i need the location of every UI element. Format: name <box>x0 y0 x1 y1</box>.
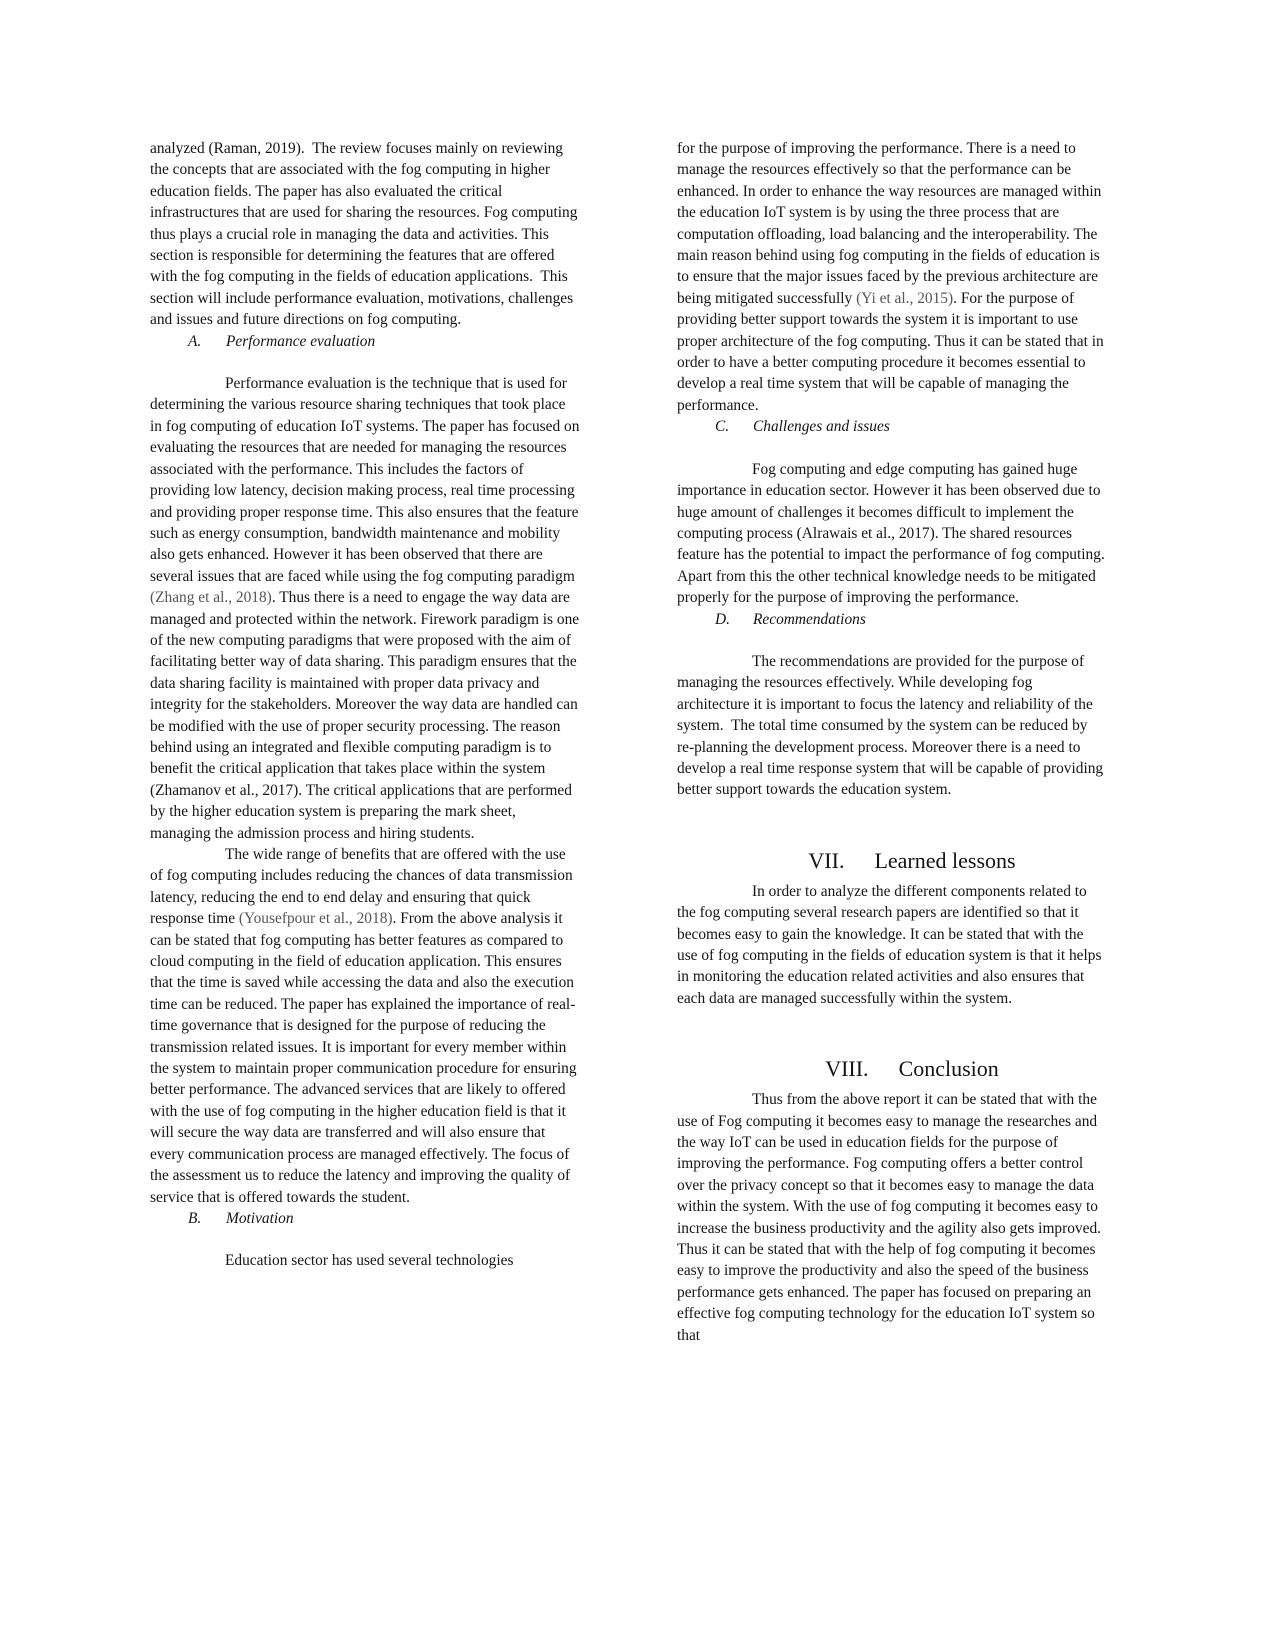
text-run: Performance evaluation is the technique … <box>150 375 579 585</box>
section-number: VIII. <box>825 1056 898 1081</box>
subsection-title: Performance evaluation <box>226 333 375 350</box>
document-page: analyzed (Raman, 2019). The review focus… <box>0 0 1275 1651</box>
body-paragraph: The recommendations are provided for the… <box>677 651 1107 801</box>
left-column: analyzed (Raman, 2019). The review focus… <box>150 138 580 1346</box>
subsection-title: Motivation <box>226 1210 294 1227</box>
text-run: In order to analyze the different compon… <box>677 883 1101 1007</box>
citation: (Zhang et al., 2018) <box>150 589 272 606</box>
text-run: analyzed (Raman, 2019). The review focus… <box>150 140 577 328</box>
subsection-label: C. <box>715 416 753 437</box>
body-paragraph: for the purpose of improving the perform… <box>677 138 1107 416</box>
citation: (Yousefpour et al., 2018) <box>239 910 393 927</box>
body-paragraph: analyzed (Raman, 2019). The review focus… <box>150 138 580 331</box>
body-paragraph: Thus from the above report it can be sta… <box>677 1089 1107 1346</box>
body-paragraph: Education sector has used several techno… <box>150 1250 580 1271</box>
subsection-heading: C.Challenges and issues <box>677 416 1107 437</box>
section-heading: VII.Learned lessons <box>677 845 1107 876</box>
subsection-label: A. <box>188 331 226 352</box>
subsection-heading: A.Performance evaluation <box>150 331 580 352</box>
section-heading: VIII.Conclusion <box>677 1053 1107 1084</box>
text-run: for the purpose of improving the perform… <box>677 140 1101 307</box>
body-paragraph: In order to analyze the different compon… <box>677 881 1107 1009</box>
section-title: Learned lessons <box>874 848 1015 873</box>
text-run: The recommendations are provided for the… <box>677 653 1103 798</box>
subsection-heading: D.Recommendations <box>677 609 1107 630</box>
subsection-heading: B.Motivation <box>150 1208 580 1229</box>
text-run: Thus from the above report it can be sta… <box>677 1091 1101 1343</box>
subsection-label: D. <box>715 609 753 630</box>
text-run: . For the purpose of providing better su… <box>677 290 1104 414</box>
right-column: for the purpose of improving the perform… <box>677 138 1107 1346</box>
body-paragraph: Fog computing and edge computing has gai… <box>677 459 1107 609</box>
subsection-title: Recommendations <box>753 611 866 628</box>
body-paragraph: The wide range of benefits that are offe… <box>150 844 580 1208</box>
subsection-label: B. <box>188 1208 226 1229</box>
text-columns: analyzed (Raman, 2019). The review focus… <box>150 138 1107 1346</box>
text-run: . From the above analysis it can be stat… <box>150 910 577 1205</box>
section-number: VII. <box>808 848 874 873</box>
section-title: Conclusion <box>899 1056 999 1081</box>
citation: (Yi et al., 2015) <box>856 290 953 307</box>
text-run: Education sector has used several techno… <box>225 1252 513 1269</box>
body-paragraph: Performance evaluation is the technique … <box>150 373 580 844</box>
text-run: . Thus there is a need to engage the way… <box>150 589 579 841</box>
text-run: Fog computing and edge computing has gai… <box>677 461 1105 606</box>
subsection-title: Challenges and issues <box>753 418 890 435</box>
